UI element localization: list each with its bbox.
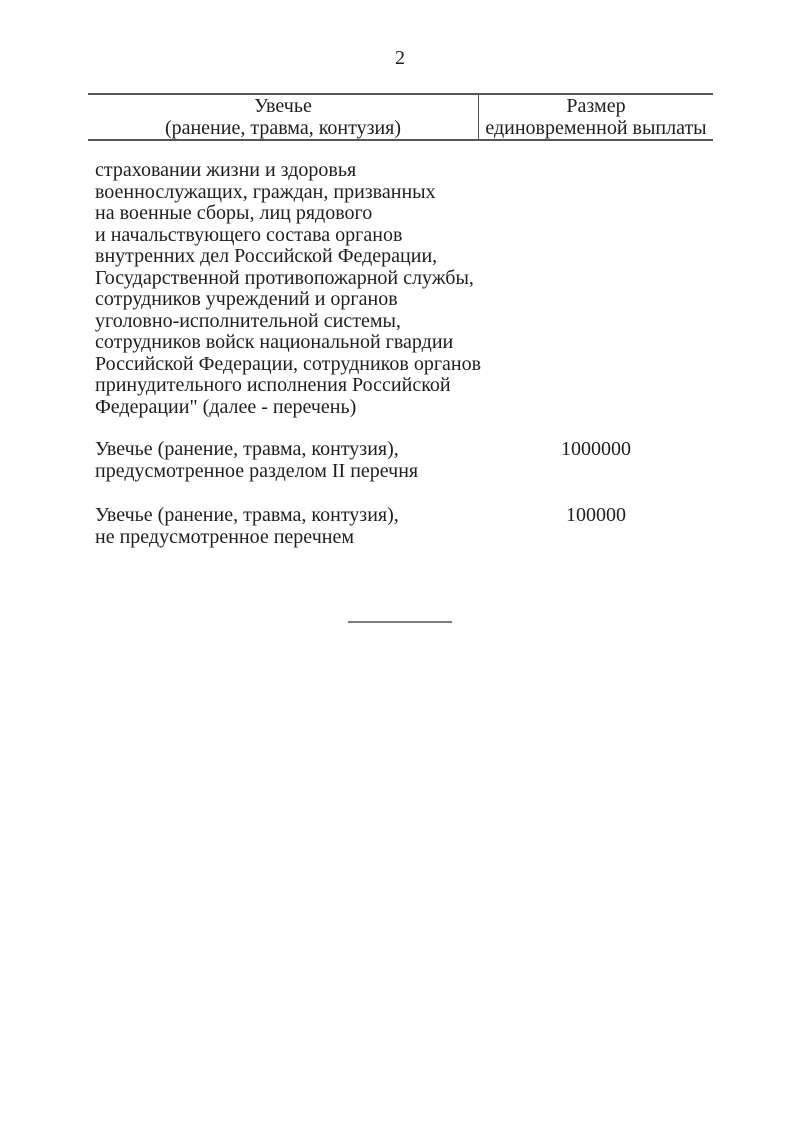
page-number: 2: [0, 48, 800, 70]
document-page: 2 Увечье (ранение, травма, контузия) Раз…: [0, 0, 800, 1131]
table-header-injury-column: Увечье (ранение, травма, контузия): [88, 95, 479, 139]
end-of-document-rule: [348, 621, 452, 623]
injury-not-listed-amount: 100000: [479, 505, 713, 527]
injury-listed-text: Увечье (ранение, травма, контузия), пред…: [95, 439, 418, 482]
table-header-payment-column: Размер единовременной выплаты: [479, 95, 713, 139]
table-header: Увечье (ранение, травма, контузия) Разме…: [88, 93, 713, 141]
injury-listed-amount: 1000000: [479, 439, 713, 461]
injury-not-listed-text: Увечье (ранение, травма, контузия), не п…: [95, 505, 399, 548]
continuation-paragraph: страховании жизни и здоровья военнослужа…: [95, 160, 481, 418]
